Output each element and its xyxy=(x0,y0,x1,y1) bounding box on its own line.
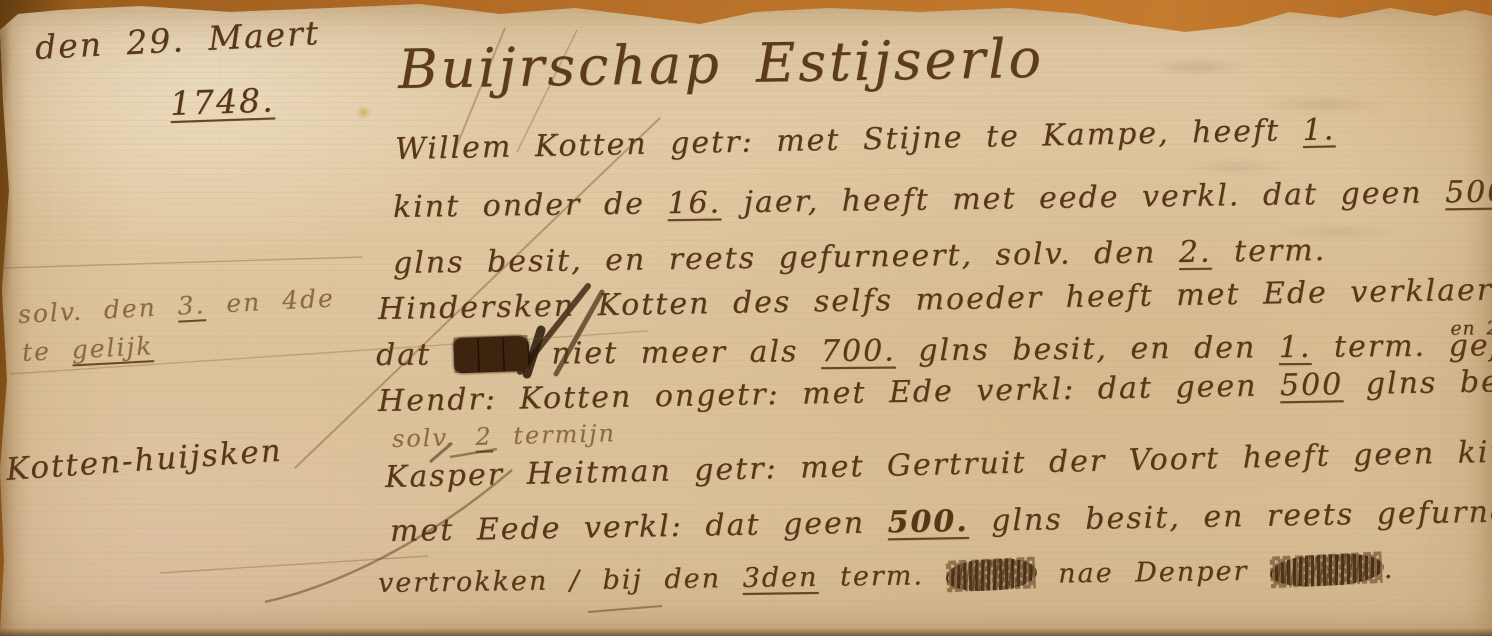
margin-payment-note-line-1: solv. den 3. en 4de xyxy=(17,283,335,329)
text-segment: met Eede verkl: dat geen xyxy=(390,505,888,549)
text-segment: kint onder de xyxy=(393,186,668,225)
entry1-line1: Willem Kotten getr: met Stijne te Kampe,… xyxy=(395,112,1336,167)
paper-stain xyxy=(356,106,371,119)
text-segment: vertrokken / bij den xyxy=(378,563,743,599)
text-segment: 1. xyxy=(1302,112,1335,148)
text-segment: te xyxy=(21,335,72,367)
scribbled-out-word: ▓▓▓▓▓ xyxy=(1269,552,1384,589)
text-segment: 500. xyxy=(1445,174,1492,210)
text-segment: gelijk xyxy=(71,331,154,364)
page-title: Buijrschap Estijserlo xyxy=(397,27,1044,101)
text-segment: term. xyxy=(1311,329,1449,365)
text-segment: nae Denper xyxy=(1036,556,1270,590)
margin-date-line-1: den 29. Maert xyxy=(34,13,321,67)
text-segment: term. xyxy=(818,560,946,593)
text-segment: 500 xyxy=(1280,367,1344,403)
manuscript-scan: den 29. Maert 1748. Buijrschap Estijserl… xyxy=(0,0,1492,636)
margin-payment-note-line-2: te gelijk xyxy=(21,331,154,367)
entry2-line2: dat ███ niet meer als 700. glns besit, e… xyxy=(376,328,1492,373)
text-segment: dat xyxy=(376,337,454,373)
entry3-line3: vertrokken / bij den 3den term. ▓▓▓▓ nae… xyxy=(378,554,1395,599)
text-segment: niet meer als xyxy=(529,334,821,372)
entry2-line4: solv. 2 termijn xyxy=(392,419,617,453)
text-segment: 16. xyxy=(667,185,721,221)
text-segment: 1. xyxy=(1279,330,1312,365)
paper-sheet: den 29. Maert 1748. Buijrschap Estijserl… xyxy=(0,0,1492,636)
text-segment: glns besit, en den xyxy=(896,330,1279,368)
entry2-line3: Hendr: Kotten ongetr: met Ede verkl: dat… xyxy=(378,363,1492,419)
text-segment: solv. xyxy=(392,423,476,453)
margin-house-label: Kotten-huijsken xyxy=(5,433,284,488)
text-segment: . xyxy=(1384,554,1395,585)
text-segment: glns besit, en reets gefurneert, solv. d… xyxy=(393,235,1179,281)
text-segment: den 29. Maert xyxy=(34,13,321,67)
text-segment: solv. den xyxy=(17,292,178,329)
scribbled-out-word: ▓▓▓▓ xyxy=(945,557,1037,592)
text-segment: 3den xyxy=(742,562,818,594)
text-segment: 500. xyxy=(887,504,969,540)
text-segment: jaer, heeft met eede verkl. dat geen xyxy=(721,175,1445,220)
entry2-line1: Hindersken Kotten des selfs moeder heeft… xyxy=(378,272,1492,327)
text-segment: termijn xyxy=(492,419,616,450)
text-segment: Willem Kotten getr: met Stijne te Kampe,… xyxy=(395,113,1303,167)
margin-date-line-2: 1748. xyxy=(169,80,275,123)
text-segment: 2. xyxy=(1179,235,1212,270)
text-segment: glns besit; xyxy=(1343,363,1492,402)
redacted-word: ███ xyxy=(453,336,529,374)
text-segment: glns besit, en reets gefurneert, xyxy=(968,493,1492,539)
entry1-line2: kint onder de 16. jaer, heeft met eede v… xyxy=(393,174,1492,225)
text-segment: 2 xyxy=(475,422,493,450)
text-segment: 700. xyxy=(821,333,896,369)
text-segment: 3. xyxy=(177,290,206,320)
text-segment: Hindersken Kotten des selfs moeder heeft… xyxy=(378,272,1492,327)
entry3-line2: met Eede verkl: dat geen 500. glns besit… xyxy=(390,493,1492,549)
text-segment: 1748. xyxy=(169,80,275,123)
text-segment: en 4de xyxy=(205,283,336,319)
entry1-line3: glns besit, en reets gefurneert, solv. d… xyxy=(393,233,1327,281)
text-segment: term. xyxy=(1211,233,1326,270)
text-segment: Hendr: Kotten ongetr: met Ede verkl: dat… xyxy=(378,368,1281,419)
